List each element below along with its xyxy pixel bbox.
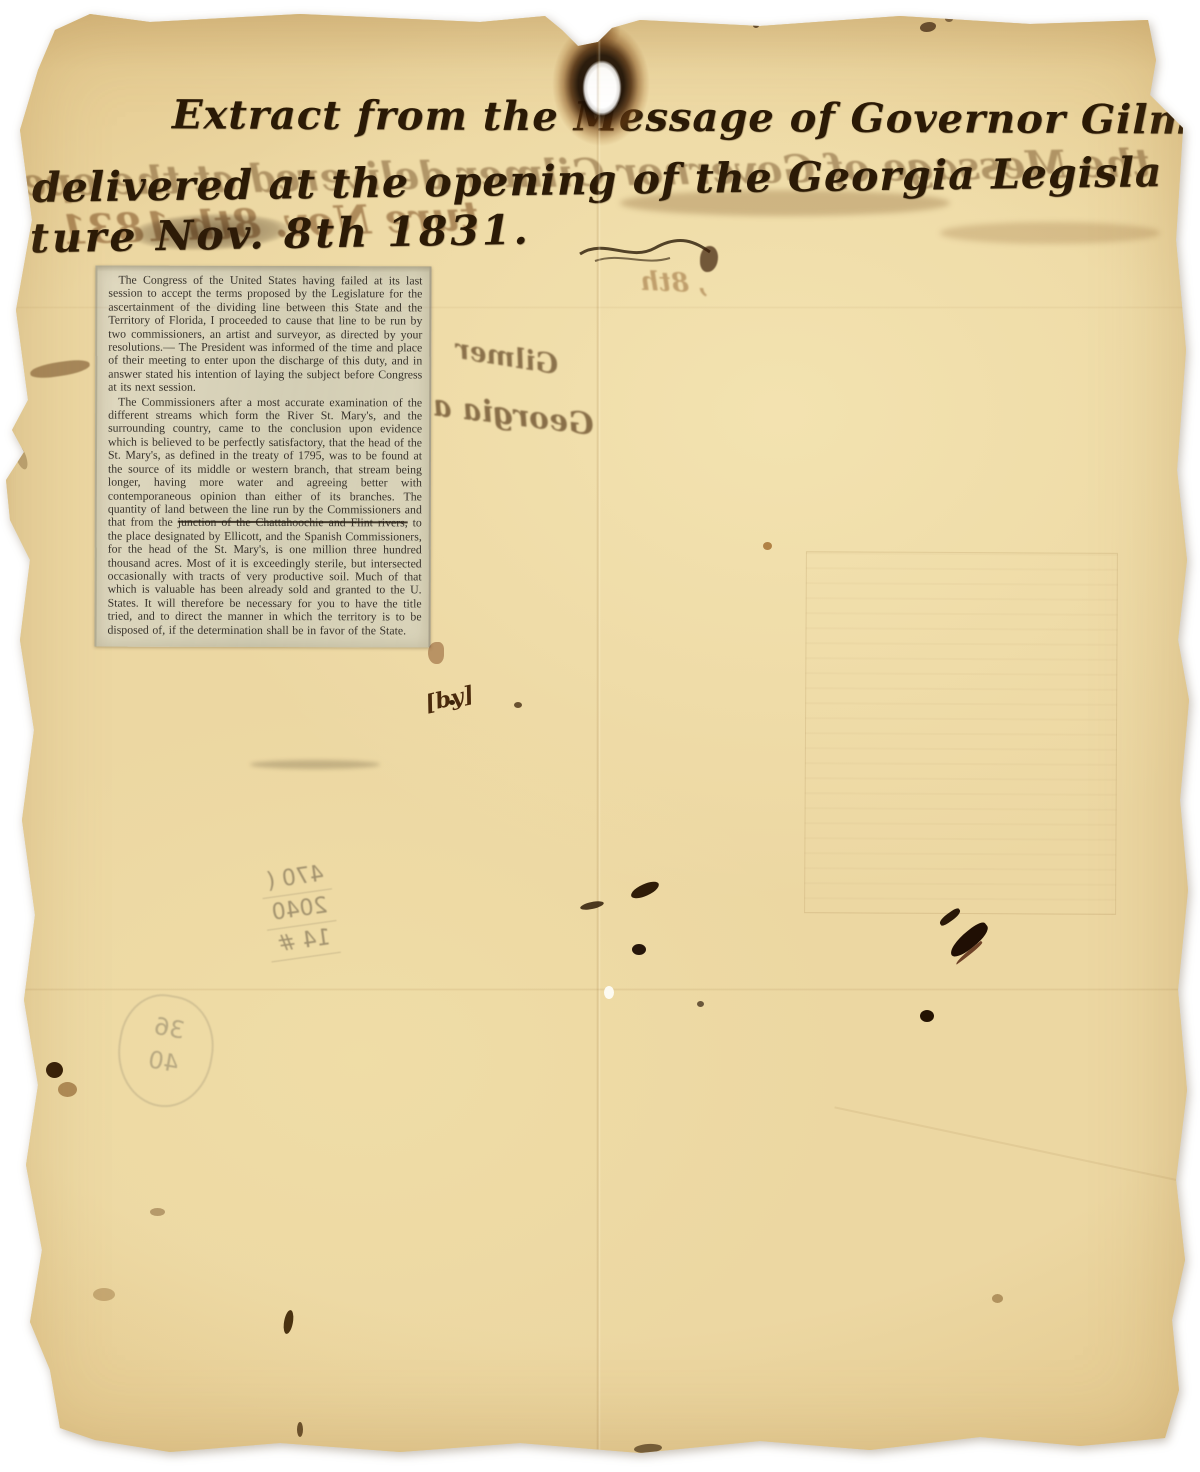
foxing-spot bbox=[763, 542, 772, 550]
pencil-bleedthrough-doodle: 36 40 bbox=[109, 988, 222, 1115]
clipping-struck-phrase: junction of the Chattahoochie and Flint … bbox=[178, 515, 408, 530]
clipping-offset-ghost bbox=[804, 551, 1118, 915]
ink-stain bbox=[634, 1443, 663, 1454]
tear-shadow bbox=[12, 443, 30, 471]
ink-stain bbox=[629, 879, 661, 901]
pencil-number: 2040 bbox=[263, 889, 336, 930]
ink-stain bbox=[920, 1010, 934, 1022]
ink-flourish bbox=[575, 228, 715, 268]
clipping-paragraph-1: The Congress of the United States having… bbox=[108, 274, 422, 395]
ink-stain bbox=[297, 1422, 303, 1437]
marginal-note-by: [by] bbox=[423, 681, 476, 717]
vertical-fold-crease bbox=[596, 0, 601, 1472]
pencil-number: 14 # bbox=[268, 921, 341, 962]
clipping-paragraph-2-text: The Commissioners after a most accurate … bbox=[108, 394, 422, 529]
ink-smear bbox=[250, 760, 380, 769]
scan-canvas: { "page": { "heading": { "line1": "Extra… bbox=[0, 0, 1200, 1472]
ink-smudge bbox=[29, 358, 90, 380]
foxing-spot bbox=[150, 1208, 165, 1216]
ink-bleedthrough-fragment: Georgia a bbox=[430, 388, 595, 443]
foxing-spot bbox=[58, 1082, 77, 1097]
ink-smear bbox=[940, 222, 1160, 244]
paper-chip bbox=[604, 986, 614, 999]
ink-bleedthrough-fragment: , 8th bbox=[639, 267, 707, 299]
ink-stain bbox=[580, 900, 605, 912]
ink-stain bbox=[697, 1001, 704, 1007]
paper-shadow-wrap: the Message of Governor Gilmer delivered… bbox=[0, 0, 1200, 1472]
heading-line-1: Extract from the Message of Governor Gil… bbox=[172, 91, 1200, 144]
foxing-spot bbox=[992, 1294, 1003, 1303]
heading-line-2: delivered at the opening of the Georgia … bbox=[32, 148, 1163, 212]
ink-stain bbox=[1040, 12, 1047, 18]
foxing-spot bbox=[93, 1288, 115, 1301]
ink-stain bbox=[946, 920, 992, 961]
pencil-bleedthrough-numbers: 470 ( 2040 14 # bbox=[259, 858, 341, 963]
ink-stain bbox=[283, 1310, 294, 1335]
newspaper-clipping: The Congress of the United States having… bbox=[95, 266, 432, 648]
pencil-number: 36 bbox=[122, 1004, 218, 1053]
top-edge-shading bbox=[0, 0, 1200, 70]
pencil-number: 40 bbox=[116, 1037, 212, 1086]
document-page: the Message of Governor Gilmer delivered… bbox=[0, 0, 1200, 1472]
clipping-paragraph-2: The Commissioners after a most accurate … bbox=[108, 395, 423, 637]
ink-bleedthrough-fragment: Gilmer bbox=[453, 334, 560, 381]
ink-stain bbox=[735, 16, 745, 24]
ink-stain bbox=[514, 702, 522, 708]
ink-stain bbox=[632, 944, 646, 955]
ink-stain bbox=[46, 1062, 63, 1078]
horizontal-fold-crease bbox=[0, 988, 1200, 991]
clipping-paragraph-2-text: to the place designated by Ellicott, and… bbox=[108, 516, 422, 637]
pencil-number: 470 ( bbox=[259, 858, 332, 899]
diagonal-crease bbox=[834, 1106, 1200, 1195]
